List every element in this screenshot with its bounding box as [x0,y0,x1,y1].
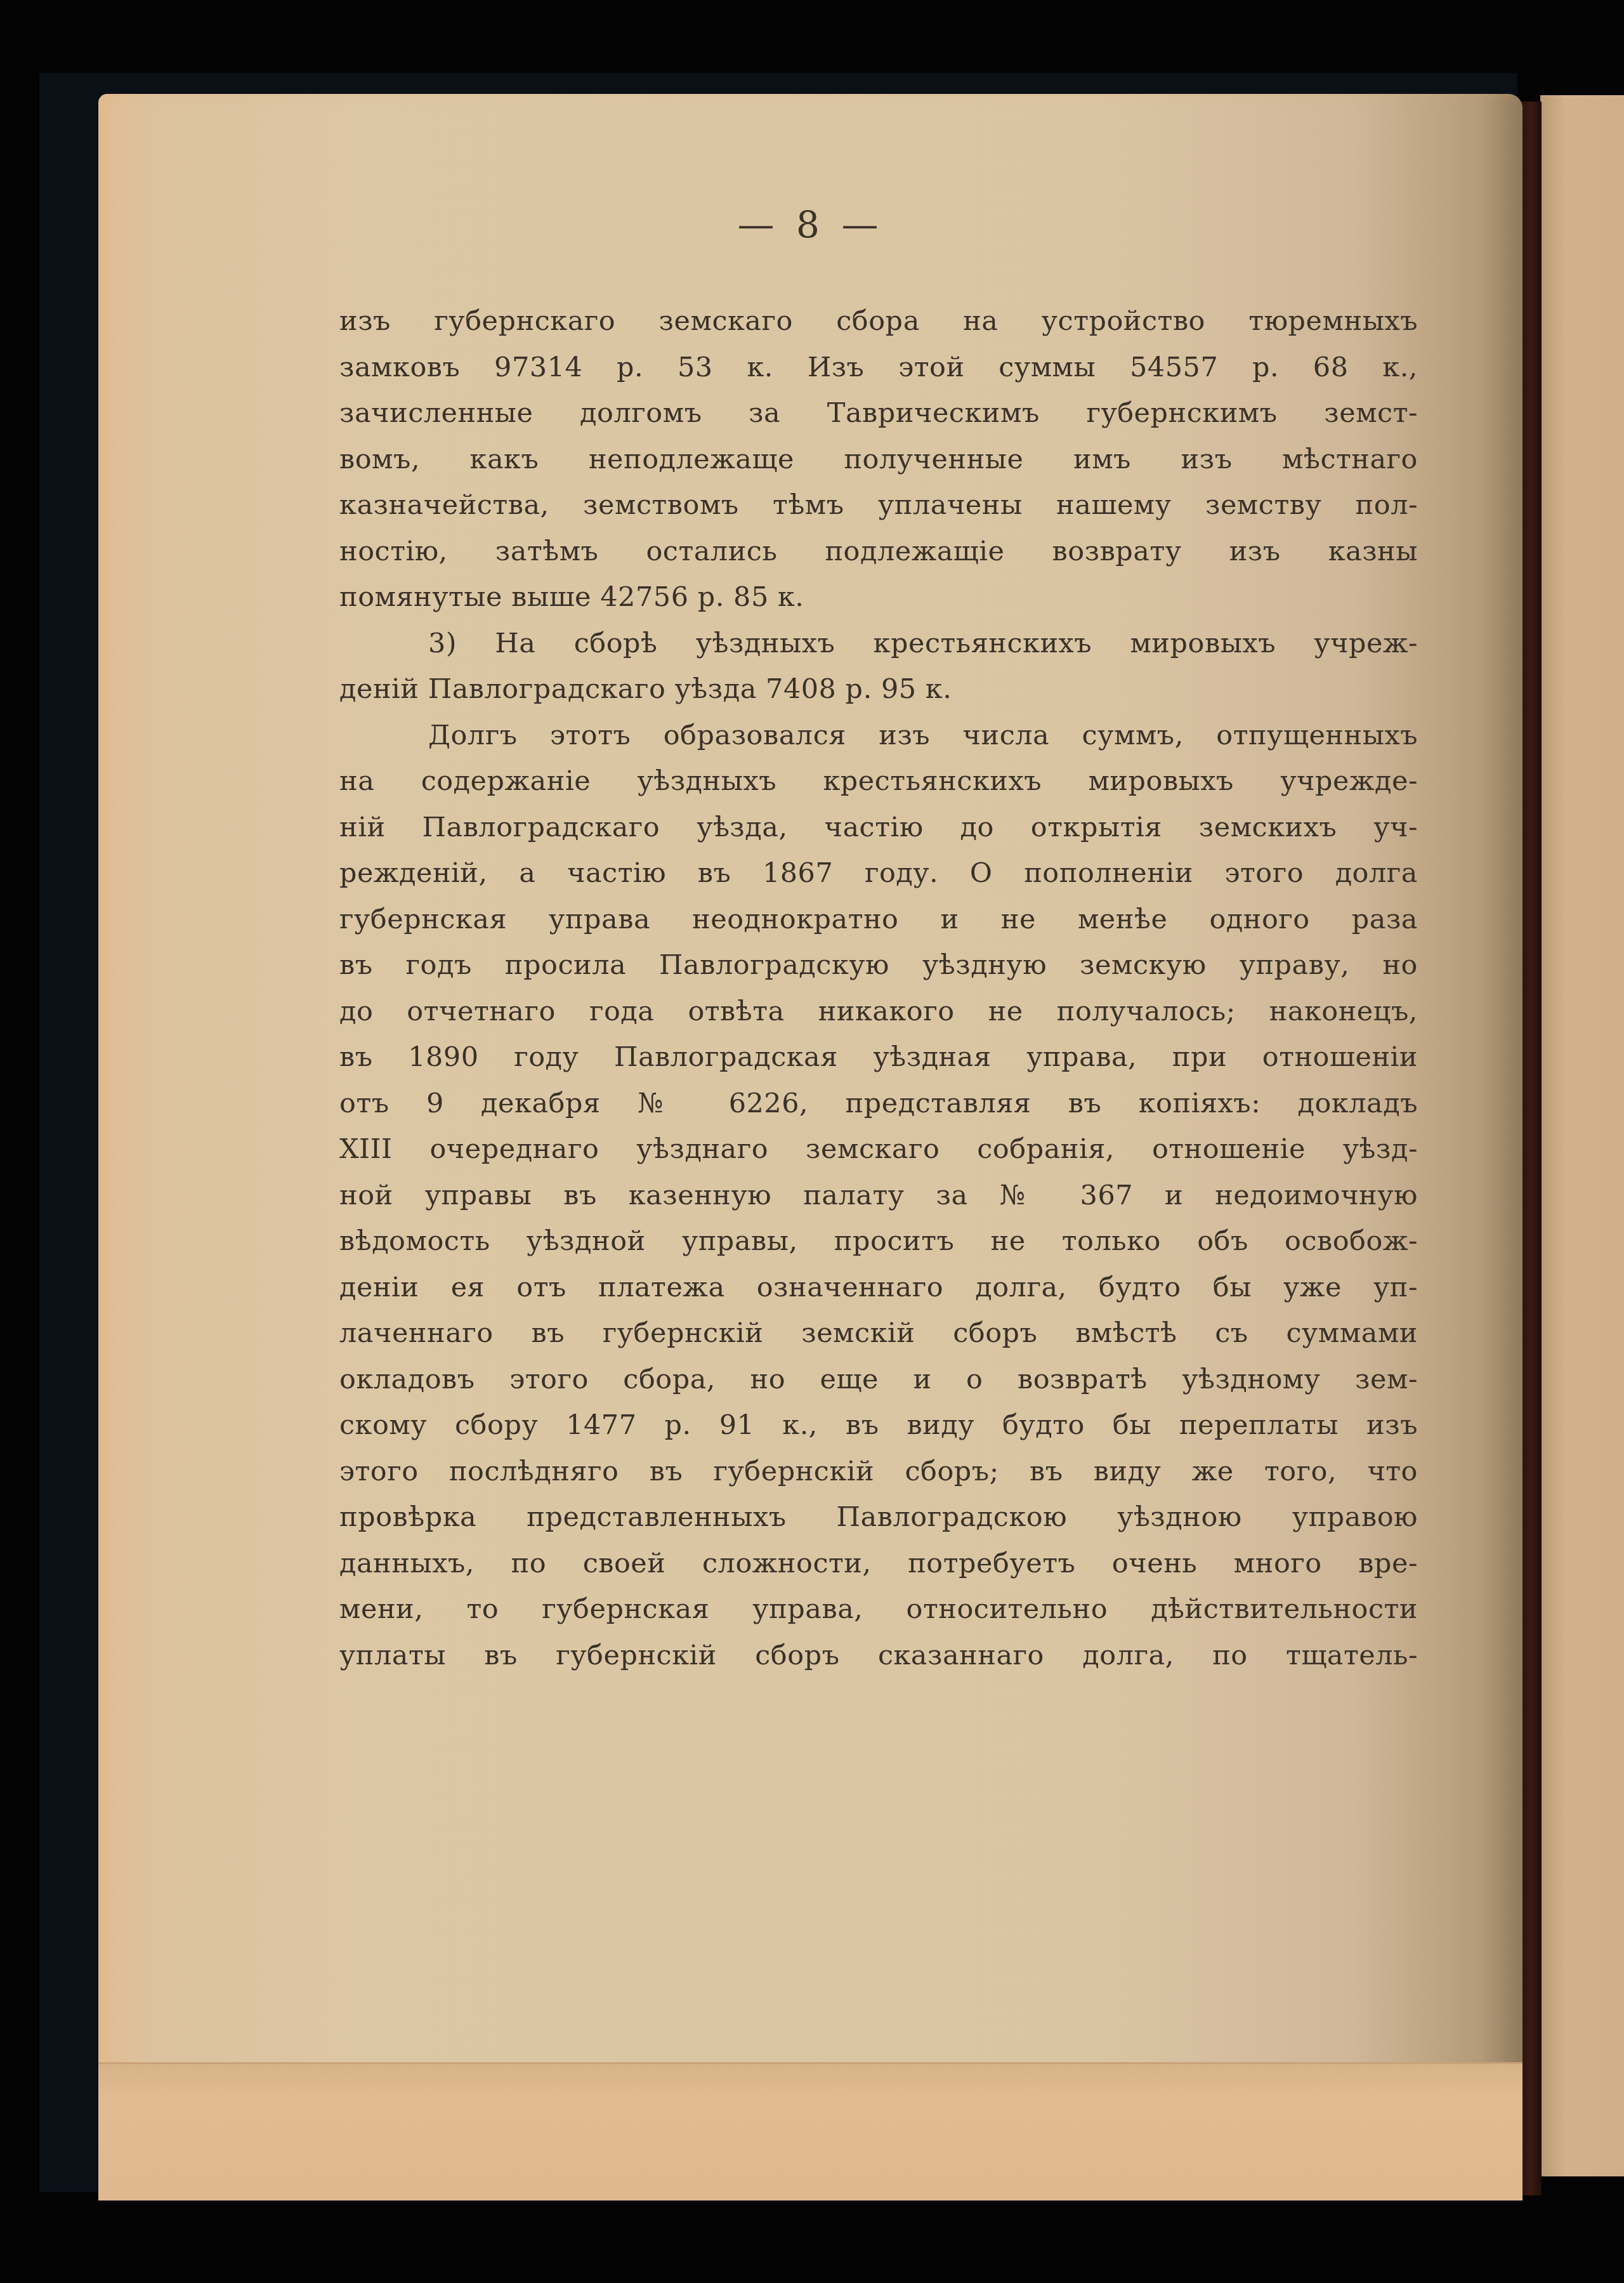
paragraph-first-line: 3) На сборѣ уѣздныхъ крестьянскихъ миров… [339,621,1418,667]
text-line: ной управы въ казенную палату за № 367 и… [339,1173,1418,1219]
text-line: изъ губернскаго земскаго сбора на устрой… [339,298,1418,345]
text-line: данныхъ, по своей сложности, потребуетъ … [339,1541,1418,1587]
text-line: на содержаніе уѣздныхъ крестьянскихъ мир… [339,758,1418,805]
text-line: зачисленные долгомъ за Таврическимъ губе… [339,390,1418,437]
paragraph-first-line: Долгъ этотъ образовался изъ числа суммъ,… [339,713,1418,759]
page-bottom-fold [98,2062,1522,2201]
text-line: въ годъ просила Павлоградскую уѣздную зе… [339,942,1418,989]
text-line: замковъ 97314 р. 53 к. Изъ этой суммы 54… [339,345,1418,391]
text-line: уплаты въ губернскій сборъ сказаннаго до… [339,1633,1418,1679]
text-line: губернская управа неоднократно и не менѣ… [339,897,1418,943]
text-line: лаченнаго въ губернскій земскій сборъ вм… [339,1310,1418,1357]
page-number: — 8 — [98,203,1522,246]
text-line: вомъ, какъ неподлежаще полученные имъ из… [339,437,1418,483]
book-spine [1521,102,1542,2195]
text-line: помянутые выше 42756 р. 85 к. [339,574,1418,621]
text-line: мени, то губернская управа, относительно… [339,1586,1418,1633]
adjacent-page-edge [1540,95,1624,2176]
text-line: казначейства, земствомъ тѣмъ уплачены на… [339,482,1418,529]
text-line: окладовъ этого сбора, но еще и о возврат… [339,1357,1418,1403]
text-line: скому сбору 1477 р. 91 к., въ виду будто… [339,1402,1418,1449]
text-line: ностію, затѣмъ остались подлежащіе возвр… [339,529,1418,575]
text-line: до отчетнаго года отвѣта никакого не пол… [339,989,1418,1035]
body-text: изъ губернскаго земскаго сбора на устрой… [339,298,1418,1678]
text-line: провѣрка представленныхъ Павлоградскою у… [339,1494,1418,1541]
text-line: деніи ея отъ платежа означеннаго долга, … [339,1265,1418,1311]
text-line: отъ 9 декабря № 6226, представляя въ коп… [339,1081,1418,1127]
text-line: ній Павлоградскаго уѣзда, частію до откр… [339,805,1418,851]
text-line: режденій, а частію въ 1867 году. О попол… [339,850,1418,897]
book-page: — 8 — изъ губернскаго земскаго сбора на … [98,94,1522,2201]
text-line: XIII очереднаго уѣзднаго земскаго собран… [339,1126,1418,1173]
text-line: въ 1890 году Павлоградская уѣздная управ… [339,1034,1418,1081]
text-line: этого послѣдняго въ губернскій сборъ; въ… [339,1449,1418,1495]
text-line: деній Павлоградскаго уѣзда 7408 р. 95 к. [339,666,1418,713]
text-line: вѣдомость уѣздной управы, проситъ не тол… [339,1218,1418,1265]
